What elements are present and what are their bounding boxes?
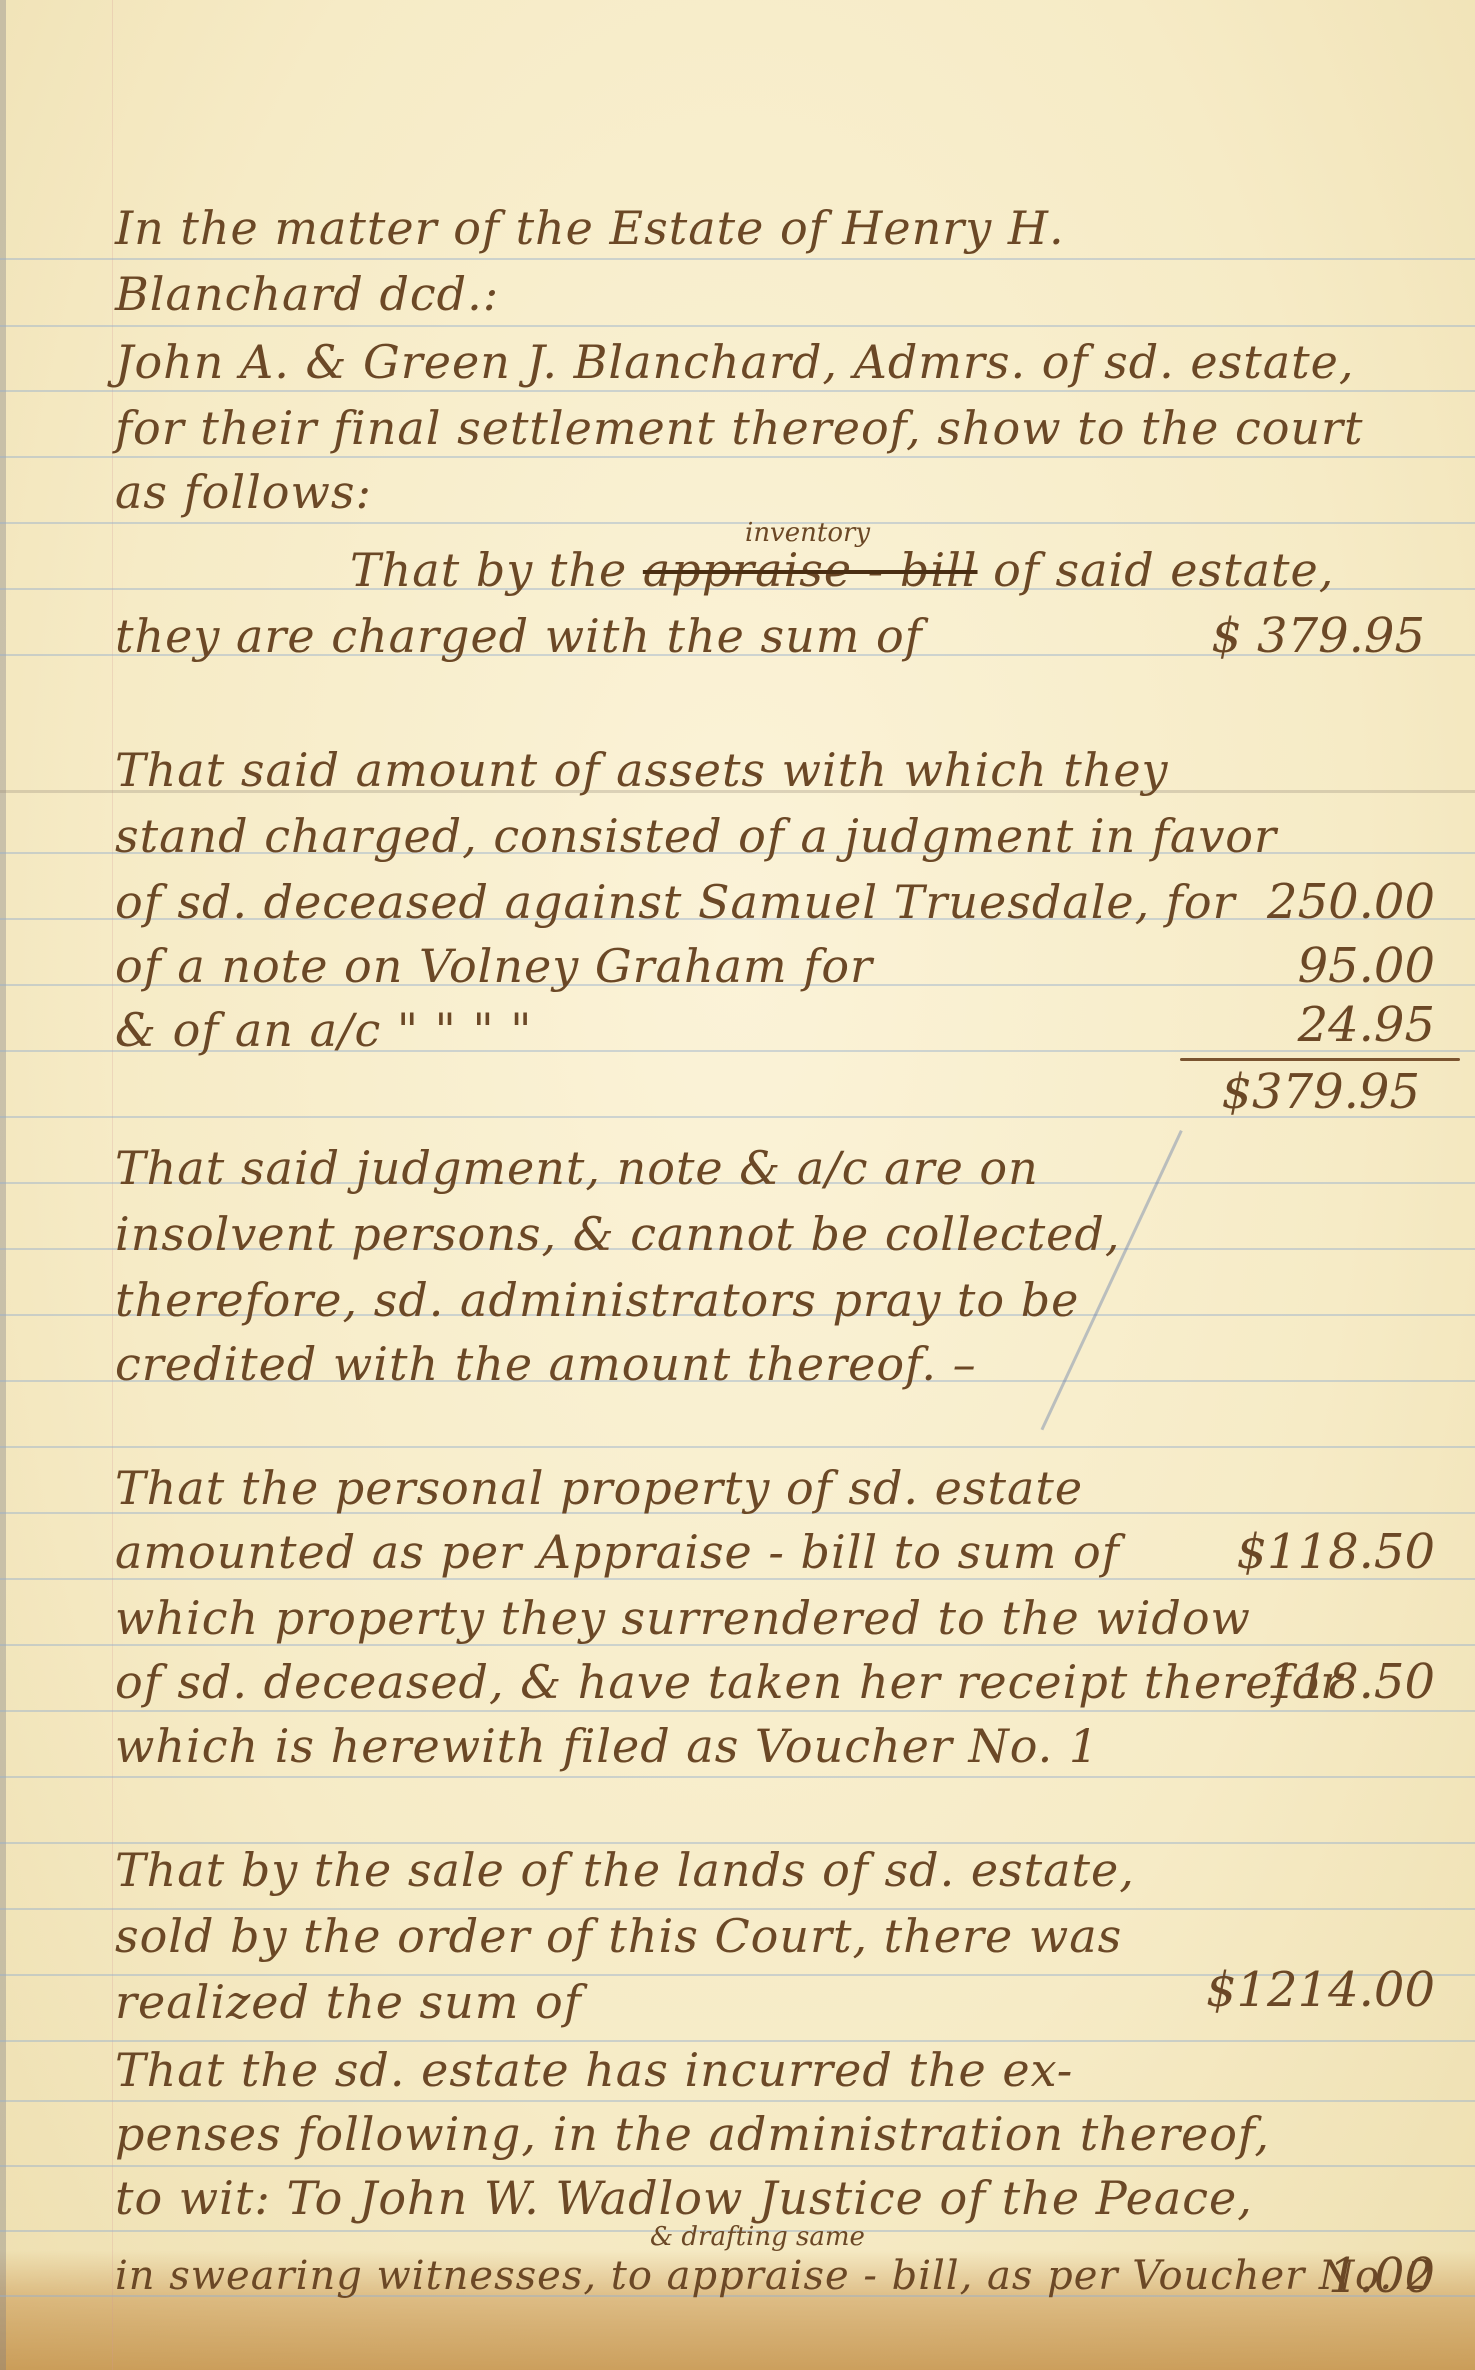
- para6-line: to wit: To John W. Wadlow Justice of the…: [115, 2168, 1355, 2228]
- para2-line: stand charged, consisted of a judgment i…: [115, 806, 1355, 866]
- para4-line: of sd. deceased, & have taken her receip…: [115, 1652, 1355, 1712]
- para2-line: & of an a/c " " " ": [115, 1000, 1355, 1060]
- amount-account: 24.95: [1298, 995, 1435, 1055]
- intro-line: as follows:: [115, 462, 1355, 522]
- para4-line: which property they surrendered to the w…: [115, 1588, 1355, 1648]
- ruled-line: [0, 1776, 1475, 1778]
- ruled-line: [0, 522, 1475, 524]
- para5-line: That by the sale of the lands of sd. est…: [115, 1840, 1355, 1900]
- para2-line: of a note on Volney Graham for: [115, 936, 1355, 996]
- amount-charged: $ 379.95: [1211, 606, 1425, 666]
- para6-line: penses following, in the administration …: [115, 2104, 1355, 2164]
- ruled-line: [0, 1446, 1475, 1448]
- ruled-line: [0, 258, 1475, 260]
- sum-underline: [1180, 1058, 1460, 1061]
- para3-line: therefore, sd. administrators pray to be: [115, 1270, 1355, 1330]
- amount-total: $379.95: [1222, 1062, 1421, 1122]
- para4-line: which is herewith filed as Voucher No. 1: [115, 1716, 1355, 1776]
- intro-line: John A. & Green J. Blanchard, Admrs. of …: [115, 332, 1355, 392]
- para3-line: credited with the amount thereof. –: [115, 1334, 1355, 1394]
- para4-line: That the personal property of sd. estate: [115, 1458, 1355, 1518]
- para1-line1: That by the appraise - bill of said esta…: [350, 540, 1475, 600]
- ruled-line: [0, 325, 1475, 327]
- heading-line: Blanchard dcd.:: [115, 264, 1355, 324]
- para6-line: That the sd. estate has incurred the ex-: [115, 2040, 1355, 2100]
- para3-line: insolvent persons, & cannot be collected…: [115, 1204, 1355, 1264]
- heading-line: In the matter of the Estate of Henry H.: [115, 198, 1355, 258]
- amount-land-sale: $1214.00: [1206, 1960, 1435, 2020]
- para1-line2: they are charged with the sum of: [115, 606, 1355, 666]
- margin-line: [112, 0, 113, 2370]
- para2-line: That said amount of assets with which th…: [115, 740, 1355, 800]
- amount-note: 95.00: [1298, 936, 1435, 996]
- para3-line: That said judgment, note & a/c are on: [115, 1138, 1355, 1198]
- para5-line: sold by the order of this Court, there w…: [115, 1906, 1355, 1966]
- para1-line1-start: That by the: [350, 543, 627, 597]
- amount-judgment: 250.00: [1267, 872, 1435, 932]
- amount-expense: 1.00: [1328, 2246, 1435, 2306]
- para2-line: of sd. deceased against Samuel Truesdale…: [115, 872, 1355, 932]
- document-page: In the matter of the Estate of Henry H. …: [0, 0, 1475, 2370]
- ruled-line: [0, 2165, 1475, 2167]
- amount-surrendered: 118.50: [1267, 1652, 1435, 1712]
- ruled-line: [0, 2100, 1475, 2102]
- intro-line: for their final settlement thereof, show…: [115, 398, 1355, 458]
- struck-text: appraise - bill: [643, 543, 978, 597]
- paper-edge-shadow: [0, 0, 6, 2370]
- amount-personal-property: $118.50: [1237, 1522, 1436, 1582]
- para5-line: realized the sum of: [115, 1972, 1355, 2032]
- para1-line1-end: of said estate,: [993, 543, 1334, 597]
- para4-line: amounted as per Appraise - bill to sum o…: [115, 1522, 1355, 1582]
- para6-line: in swearing witnesses, to appraise - bil…: [115, 2246, 1355, 2306]
